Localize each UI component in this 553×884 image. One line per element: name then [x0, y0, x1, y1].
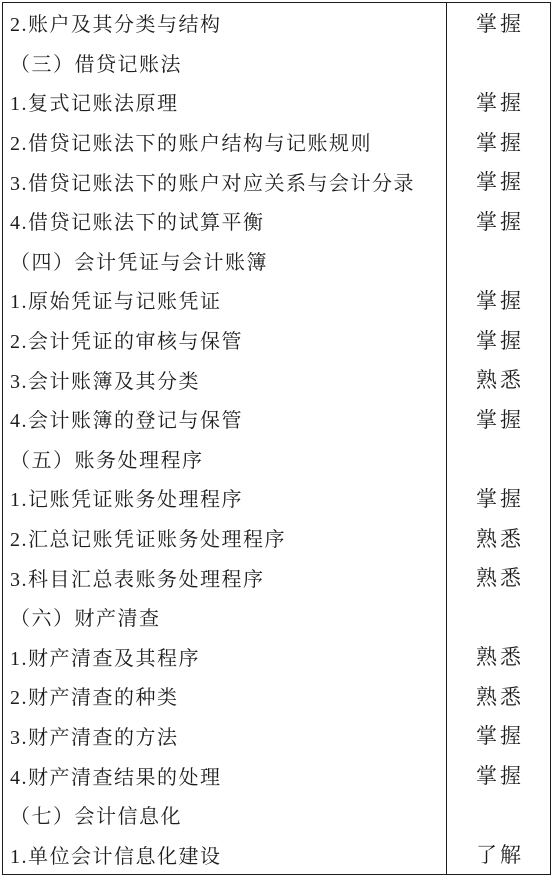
mastery-level-text: 熟悉 [473, 562, 524, 592]
mastery-cell: 熟悉 [446, 359, 550, 399]
mastery-level-text: 掌握 [473, 285, 524, 315]
mastery-cell: 掌握 [446, 755, 550, 795]
topic-cell: 2.借贷记账法下的账户结构与记账规则 [3, 122, 446, 162]
topic-cell: 3.科目汇总表账务处理程序 [3, 557, 446, 597]
table-row: 1.复式记账法原理 掌握 [3, 82, 550, 122]
topic-cell: 1.原始凭证与记账凭证 [3, 280, 446, 320]
topic-text: （六）财产清查 [10, 602, 161, 631]
topic-text: （四）会计凭证与会计账簿 [10, 246, 268, 275]
table-row: （六）财产清查 [3, 597, 550, 637]
topic-text: 4.会计账簿的登记与保管 [10, 404, 243, 433]
table-row: 2.会计凭证的审核与保管 掌握 [3, 320, 550, 360]
mastery-cell [446, 439, 550, 479]
mastery-cell: 掌握 [446, 478, 550, 518]
topic-text: 4.借贷记账法下的试算平衡 [10, 206, 265, 235]
table-row: 4.财产清查结果的处理 掌握 [3, 755, 550, 795]
mastery-cell: 熟悉 [446, 676, 550, 716]
mastery-level-text: 了解 [473, 839, 524, 869]
table-row: 3.会计账簿及其分类 熟悉 [3, 359, 550, 399]
topic-text: 2.汇总记账凭证账务处理程序 [10, 523, 286, 552]
table-row: 1.单位会计信息化建设 了解 [3, 834, 550, 874]
mastery-cell: 掌握 [446, 399, 550, 439]
topic-cell: （五）账务处理程序 [3, 439, 446, 479]
mastery-level-text: 掌握 [473, 166, 524, 196]
topic-cell: 4.财产清查结果的处理 [3, 755, 446, 795]
topic-cell: 4.借贷记账法下的试算平衡 [3, 201, 446, 241]
mastery-level-text: 熟悉 [473, 523, 524, 553]
topic-cell: 3.财产清查的方法 [3, 716, 446, 756]
topic-text: （三）借贷记账法 [10, 48, 182, 77]
mastery-level-text: 掌握 [473, 404, 524, 434]
table-row: 1.财产清查及其程序 熟悉 [3, 637, 550, 677]
topic-text: 2.账户及其分类与结构 [10, 8, 222, 37]
table-row: 2.借贷记账法下的账户结构与记账规则 掌握 [3, 122, 550, 162]
table-row: 3.科目汇总表账务处理程序 熟悉 [3, 557, 550, 597]
topic-cell: 4.会计账簿的登记与保管 [3, 399, 446, 439]
mastery-level-text: 掌握 [473, 325, 524, 355]
topic-cell: （四）会计凭证与会计账簿 [3, 241, 446, 281]
syllabus-table: 2.账户及其分类与结构 掌握 （三）借贷记账法 1.复式记账法原理 掌握 2.借… [2, 2, 551, 875]
topic-text: 1.财产清查及其程序 [10, 642, 200, 671]
table-row: 1.原始凭证与记账凭证 掌握 [3, 280, 550, 320]
topic-cell: 1.复式记账法原理 [3, 82, 446, 122]
topic-cell: （六）财产清查 [3, 597, 446, 637]
mastery-level-text: 熟悉 [473, 364, 524, 394]
document-page: 2.账户及其分类与结构 掌握 （三）借贷记账法 1.复式记账法原理 掌握 2.借… [0, 0, 553, 884]
mastery-level-text: 掌握 [473, 760, 524, 790]
mastery-cell [446, 241, 550, 281]
table-row: 3.借贷记账法下的账户对应关系与会计分录 掌握 [3, 161, 550, 201]
topic-text: 3.财产清查的方法 [10, 721, 179, 750]
topic-text: 1.复式记账法原理 [10, 87, 179, 116]
topic-cell: 3.借贷记账法下的账户对应关系与会计分录 [3, 161, 446, 201]
topic-text: 2.会计凭证的审核与保管 [10, 325, 243, 354]
table-row: 1.记账凭证账务处理程序 掌握 [3, 478, 550, 518]
mastery-level-text: 熟悉 [473, 641, 524, 671]
topic-cell: 1.财产清查及其程序 [3, 637, 446, 677]
topic-text: 1.记账凭证账务处理程序 [10, 483, 243, 512]
mastery-cell: 熟悉 [446, 557, 550, 597]
topic-text: 4.财产清查结果的处理 [10, 761, 222, 790]
table-row: （七）会计信息化 [3, 795, 550, 835]
topic-text: （五）账务处理程序 [10, 444, 204, 473]
mastery-level-text: 掌握 [473, 206, 524, 236]
table-row: （三）借贷记账法 [3, 43, 550, 83]
topic-text: 3.会计账簿及其分类 [10, 365, 200, 394]
mastery-cell: 了解 [446, 834, 550, 874]
mastery-level-text: 掌握 [473, 87, 524, 117]
mastery-cell: 掌握 [446, 122, 550, 162]
table-row: 2.账户及其分类与结构 掌握 [3, 3, 550, 43]
table-row: 3.财产清查的方法 掌握 [3, 716, 550, 756]
table-row: 2.汇总记账凭证账务处理程序 熟悉 [3, 518, 550, 558]
topic-text: 1.原始凭证与记账凭证 [10, 285, 222, 314]
mastery-level-text: 掌握 [473, 127, 524, 157]
mastery-cell: 掌握 [446, 161, 550, 201]
mastery-level-text: 掌握 [473, 483, 524, 513]
mastery-cell: 掌握 [446, 280, 550, 320]
mastery-cell: 熟悉 [446, 637, 550, 677]
mastery-cell [446, 795, 550, 835]
topic-cell: 2.账户及其分类与结构 [3, 3, 446, 43]
table-row: （四）会计凭证与会计账簿 [3, 241, 550, 281]
topic-cell: 2.会计凭证的审核与保管 [3, 320, 446, 360]
topic-text: 2.财产清查的种类 [10, 681, 179, 710]
table-row: 4.会计账簿的登记与保管 掌握 [3, 399, 550, 439]
topic-cell: （七）会计信息化 [3, 795, 446, 835]
mastery-cell: 熟悉 [446, 518, 550, 558]
mastery-cell: 掌握 [446, 320, 550, 360]
topic-cell: 1.单位会计信息化建设 [3, 834, 446, 874]
mastery-cell [446, 597, 550, 637]
topic-text: 3.科目汇总表账务处理程序 [10, 563, 265, 592]
topic-cell: 2.财产清查的种类 [3, 676, 446, 716]
topic-text: 3.借贷记账法下的账户对应关系与会计分录 [10, 167, 415, 196]
topic-cell: （三）借贷记账法 [3, 43, 446, 83]
mastery-level-text: 掌握 [473, 8, 524, 38]
table-row: 4.借贷记账法下的试算平衡 掌握 [3, 201, 550, 241]
mastery-cell [446, 43, 550, 83]
topic-text: 2.借贷记账法下的账户结构与记账规则 [10, 127, 372, 156]
topic-text: 1.单位会计信息化建设 [10, 840, 222, 869]
topic-cell: 2.汇总记账凭证账务处理程序 [3, 518, 446, 558]
topic-cell: 3.会计账簿及其分类 [3, 359, 446, 399]
mastery-cell: 掌握 [446, 201, 550, 241]
mastery-level-text: 掌握 [473, 720, 524, 750]
table-row: （五）账务处理程序 [3, 439, 550, 479]
mastery-cell: 掌握 [446, 3, 550, 43]
topic-text: （七）会计信息化 [10, 800, 182, 829]
table-row: 2.财产清查的种类 熟悉 [3, 676, 550, 716]
mastery-cell: 掌握 [446, 716, 550, 756]
mastery-cell: 掌握 [446, 82, 550, 122]
topic-cell: 1.记账凭证账务处理程序 [3, 478, 446, 518]
mastery-level-text: 熟悉 [473, 681, 524, 711]
